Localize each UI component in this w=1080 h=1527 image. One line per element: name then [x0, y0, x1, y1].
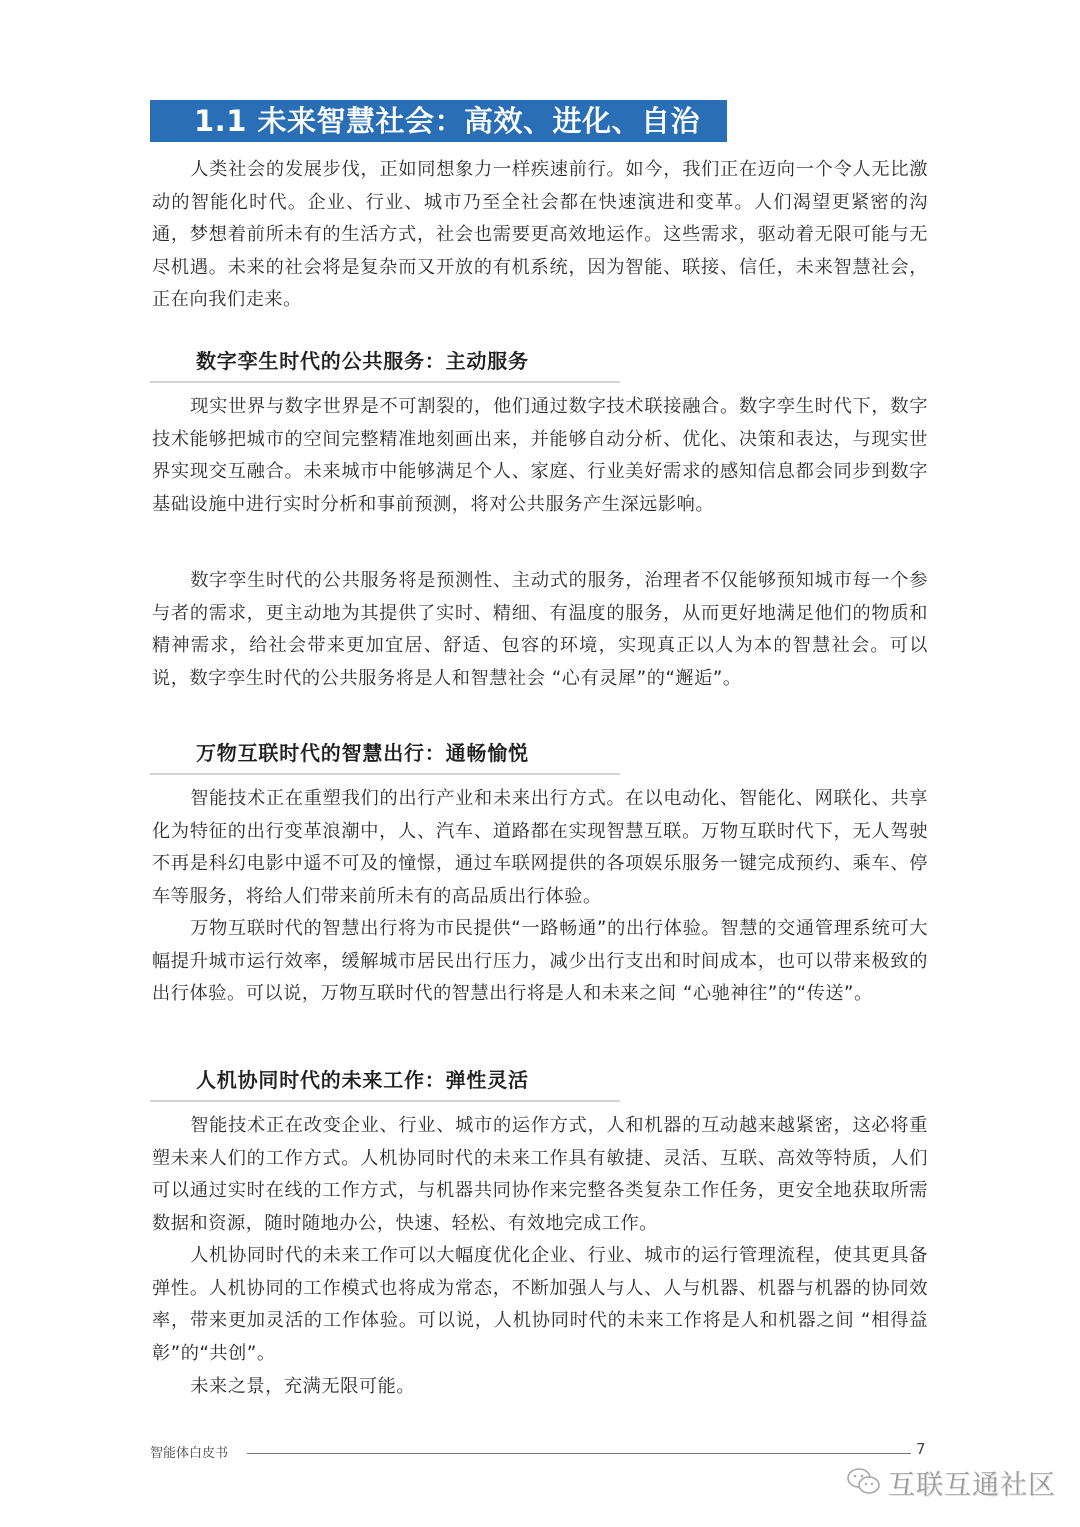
paragraph: 智能技术正在改变企业、行业、城市的运作方式，人和机器的互动越来越紧密，这必将重塑…: [152, 1110, 928, 1240]
section-title: 1.1 未来智慧社会：高效、进化、自治: [150, 100, 727, 142]
page-number: 7: [916, 1440, 926, 1458]
paragraph: 数字孪生时代的公共服务将是预测性、主动式的服务，治理者不仅能够预知城市每一个参与…: [152, 565, 928, 695]
watermark-text: 互联互通社区: [888, 1463, 1056, 1502]
paragraph: 智能技术正在重塑我们的出行产业和未来出行方式。在以电动化、智能化、网联化、共享化…: [152, 783, 928, 913]
footer-doc-title: 智能体白皮书: [150, 1442, 228, 1461]
section-heading-future-work: 人机协同时代的未来工作：弹性灵活: [150, 1064, 620, 1102]
footer-divider: [247, 1453, 911, 1454]
section-heading-smart-mobility: 万物互联时代的智慧出行：通畅愉悦: [150, 737, 620, 775]
watermark: 互联互通社区: [846, 1462, 1056, 1502]
paragraph: 万物互联时代的智慧出行将为市民提供“一路畅通”的出行体验。智慧的交通管理系统可大…: [152, 913, 928, 1011]
wechat-icon: [846, 1466, 882, 1498]
paragraph: 人机协同时代的未来工作可以大幅度优化企业、行业、城市的运行管理流程，使其更具备弹…: [152, 1240, 928, 1370]
closing-paragraph: 未来之景，充满无限可能。: [152, 1371, 928, 1404]
section-heading-public-service: 数字孪生时代的公共服务：主动服务: [150, 345, 620, 383]
intro-paragraph: 人类社会的发展步伐，正如同想象力一样疾速前行。如今，我们正在迈向一个令人无比激动…: [152, 154, 928, 317]
paragraph: 现实世界与数字世界是不可割裂的，他们通过数字技术联接融合。数字孪生时代下，数字技…: [152, 391, 928, 521]
